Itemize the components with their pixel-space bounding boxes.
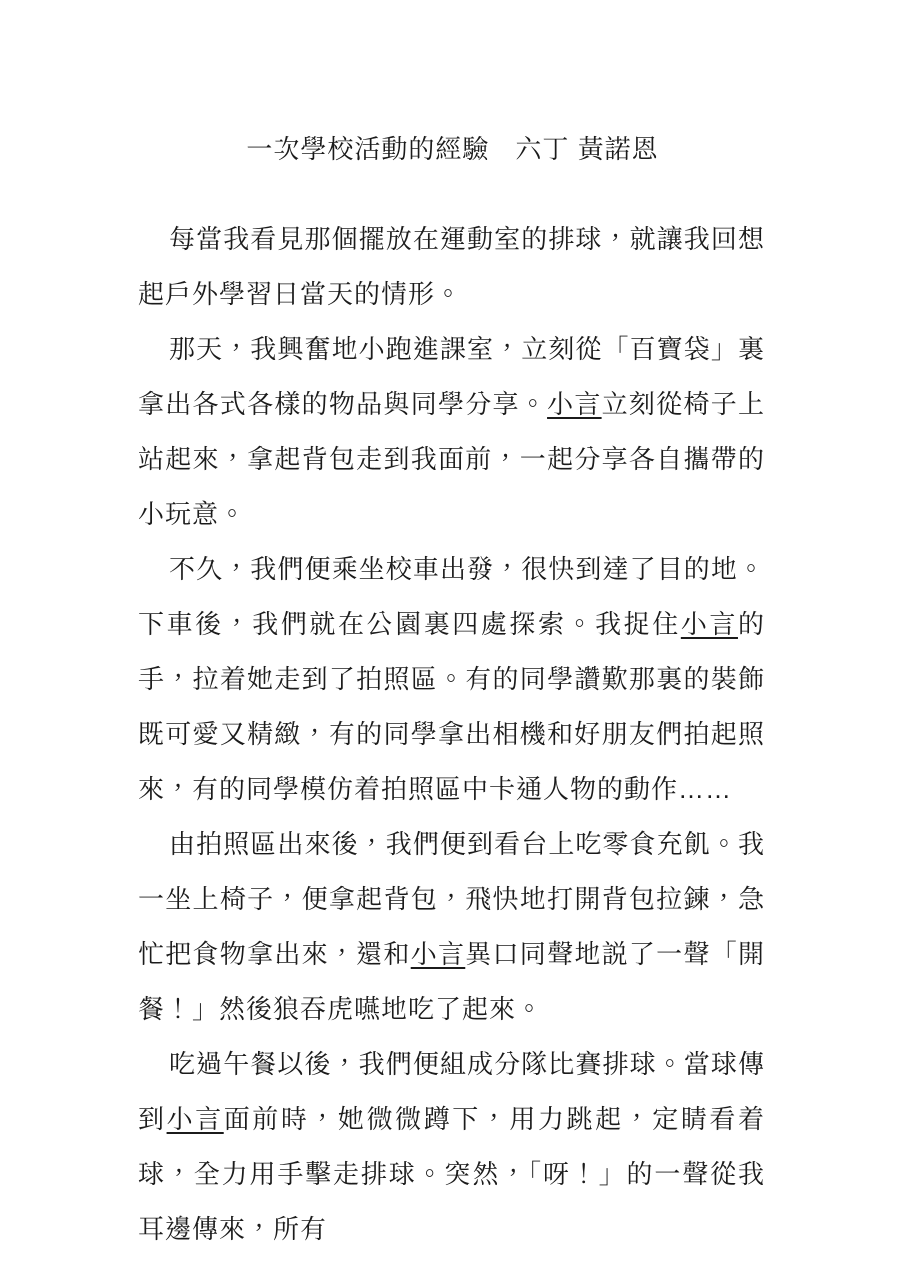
text-run: 不久，我們便乘坐校車出發，很快到達了目的地。下車後，我們就在公園裏四處探索。我捉… [138, 554, 765, 639]
text-run: 面前時，她微微蹲下，用力跳起，定睛看着球，全力用手擊走排球。突然，「呀！」的一聲… [138, 1104, 765, 1244]
essay-body: 每當我看見那個擺放在運動室的排球，就讓我回想起戶外學習日當天的情形。那天，我興奮… [138, 212, 765, 1257]
essay-title: 一次學校活動的經驗 [246, 134, 489, 164]
essay-paragraph: 吃過午餐以後，我們便組成分隊比賽排球。當球傳到小言面前時，她微微蹲下，用力跳起，… [138, 1037, 765, 1257]
character-name-underline: 小言 [411, 939, 466, 969]
essay-title-line: 一次學校活動的經驗六丁 黃諾恩 [0, 0, 905, 177]
essay-paragraph: 那天，我興奮地小跑進課室，立刻從「百寶袋」裏拿出各式各樣的物品與同學分享。小言立… [138, 322, 765, 542]
character-name-underline: 小言 [547, 389, 602, 419]
essay-paragraph: 每當我看見那個擺放在運動室的排球，就讓我回想起戶外學習日當天的情形。 [138, 212, 765, 322]
character-name-underline: 小言 [167, 1104, 224, 1134]
essay-author: 六丁 黃諾恩 [515, 134, 658, 164]
essay-paragraph: 由拍照區出來後，我們便到看台上吃零食充飢。我一坐上椅子，便拿起背包，飛快地打開背… [138, 817, 765, 1037]
document-page: 一次學校活動的經驗六丁 黃諾恩 每當我看見那個擺放在運動室的排球，就讓我回想起戶… [0, 0, 905, 1280]
essay-paragraph: 不久，我們便乘坐校車出發，很快到達了目的地。下車後，我們就在公園裏四處探索。我捉… [138, 542, 765, 817]
text-run: 每當我看見那個擺放在運動室的排球，就讓我回想起戶外學習日當天的情形。 [138, 224, 765, 309]
character-name-underline: 小言 [681, 609, 738, 639]
